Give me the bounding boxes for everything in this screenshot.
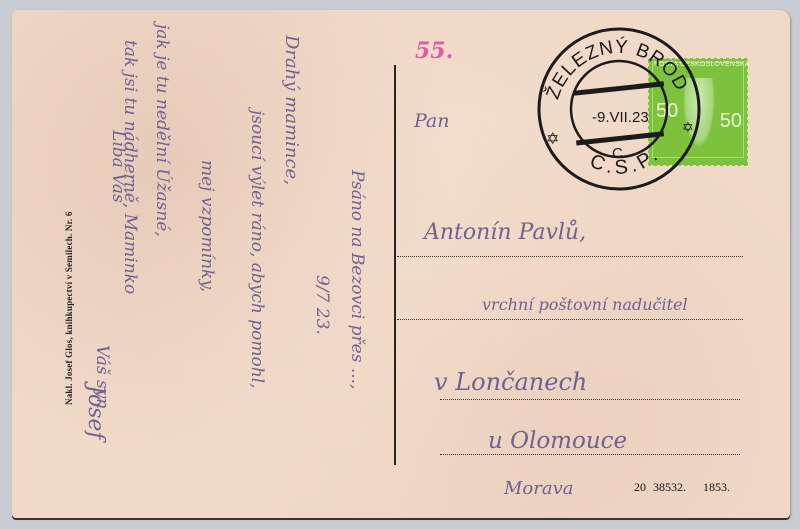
address-rule-2 [397,319,743,320]
address-salutation: Pan [414,110,450,132]
center-divider [394,65,396,465]
address-region: Morava [504,478,574,499]
print-number: 38532. [653,480,686,494]
address-rule-1 [397,256,743,257]
svg-text:✡: ✡ [682,120,694,136]
address-line-3: v Lončanech [434,368,587,396]
address-rule-3 [440,399,740,400]
address-rule-4 [440,454,740,455]
message-line: jak je tu nedělní Úžasné, [152,24,172,237]
message-line: Líbá Vás [108,130,128,203]
address-line-1: Antonín Pavlů, [424,220,586,245]
svg-text:-9.VII.23: -9.VII.23 [592,109,649,126]
address-line-4: u Olomouce [488,428,627,454]
svg-text:C: C [612,145,623,162]
svg-text:✡: ✡ [546,129,559,148]
pencil-note: 55. [415,38,453,64]
message-line: jsoucí výlet ráno, abych pomohl, [247,110,267,389]
svg-text:Č.S.P.: Č.S.P. [587,143,665,179]
print-number: 20 [634,480,646,494]
stamp-value: 50 [720,110,742,133]
signature: Josef [83,385,108,440]
message-line: mej vzpomínky, [197,160,217,292]
postmark-cancel-icon: ŽELEZNÝ BROD Č.S.P. -9.VII.23 C ✡ ✡ [534,24,704,194]
print-number: 1853. [703,480,730,494]
message-date: 9/7 23. [312,275,332,335]
message-line: Drahý mamince, [281,35,302,185]
print-numbers: 20 38532. 1853. [634,480,744,495]
closing-place: Psáno na Bezovci přes ..., [347,170,367,389]
postcard-back: Nakl. Josef Glos, knihkupectví v Semilec… [12,10,790,518]
publisher-imprint: Nakl. Josef Glos, knihkupectví v Semilec… [64,211,74,405]
address-line-2: vrchní poštovní nadučitel [482,295,688,314]
